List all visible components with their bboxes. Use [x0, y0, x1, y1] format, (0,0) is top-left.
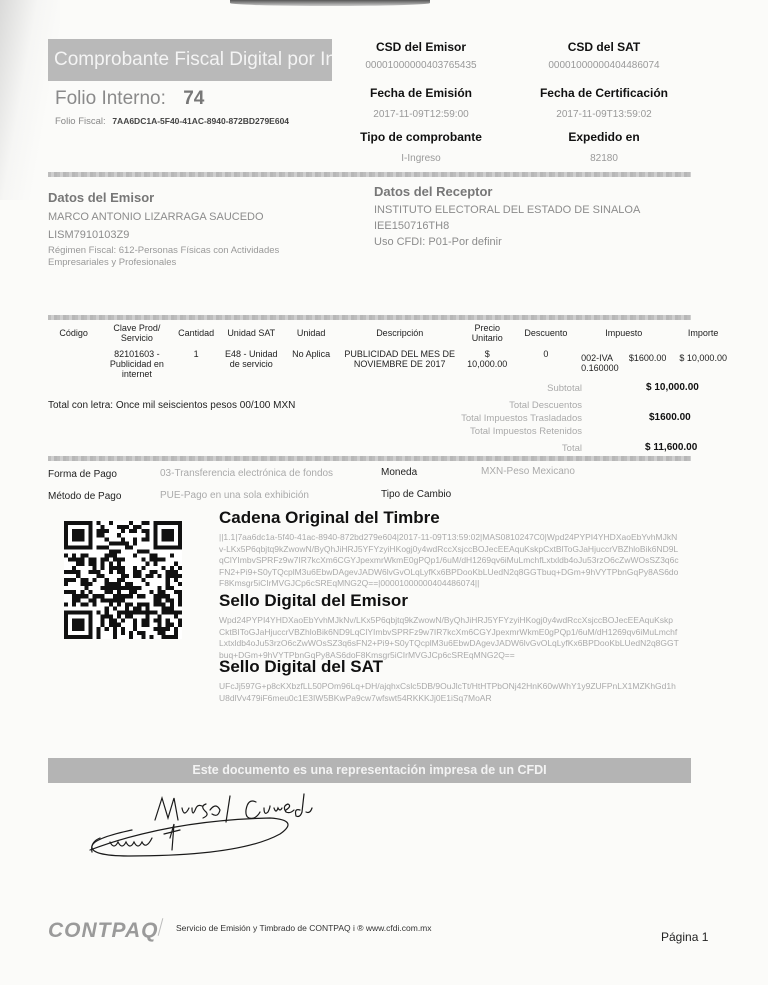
fecha-emision-label: Fecha de Emisión [326, 86, 516, 100]
emisor-rfc: LISM7910103Z9 [48, 227, 348, 243]
total-con-letra: Total con letra: Once mil seiscientos pe… [48, 400, 295, 411]
cell-codigo [46, 343, 101, 379]
cadena-original-title: Cadena Original del Timbre [219, 508, 679, 528]
csd-emisor-value: 00001000000403765435 [326, 60, 516, 71]
logo-accent [158, 918, 164, 936]
cell-precio: $ 10,000.00 [460, 343, 515, 379]
col-cantidad: Cantidad [172, 323, 220, 343]
receptor-title: Datos del Receptor [374, 184, 694, 199]
header-divider [48, 172, 691, 177]
total-letra-value: Once mil seiscientos pesos 00/100 MXN [116, 400, 296, 411]
emisor-section: Datos del Emisor MARCO ANTONIO LIZARRAGA… [48, 190, 348, 269]
csd-emisor-label: CSD del Emisor [326, 40, 516, 54]
folio-interno-value: 74 [183, 88, 204, 109]
handwritten-signature [60, 790, 360, 865]
emisor-name: MARCO ANTONIO LIZARRAGA SAUCEDO [48, 209, 348, 225]
fecha-certificacion-value: 2017-11-09T13:59:02 [509, 109, 699, 120]
fecha-emision: Fecha de Emisión 2017-11-09T12:59:00 [326, 86, 516, 120]
forma-pago-label: Forma de Pago [48, 469, 117, 480]
metodo-pago-value: PUE-Pago en una sola exhibición [160, 490, 309, 501]
table-row: 82101603 - Publicidad en internet 1 E48 … [46, 343, 736, 379]
cell-importe: $ 10,000.00 [670, 343, 736, 379]
cadena-original-value: ||1.1|7aa6dc1a-5f40-41ac-8940-872bd279e6… [219, 532, 679, 590]
cell-unidad: No Aplica [283, 343, 340, 379]
csd-sat-value: 00001000000404486074 [509, 60, 699, 71]
sello-emisor-value: Wpd24PYPI4YHDXaoEbYvhMJkNv/LKx5P6qbjtq9k… [219, 615, 679, 661]
col-importe: Importe [670, 323, 736, 343]
folio-fiscal-label: Folio Fiscal: [55, 116, 106, 127]
total-trasladados-value: $1600.00 [649, 412, 691, 423]
items-header-row: Código Clave Prod/ Servicio Cantidad Uni… [46, 323, 736, 343]
folio-interno-label: Folio Interno: [55, 88, 166, 109]
col-descuento: Descuento [515, 323, 577, 343]
total-descuentos-label: Total Descuentos [422, 400, 582, 411]
forma-pago-value: 03-Transferencia electrónica de fondos [160, 468, 333, 479]
page-number: Página 1 [661, 930, 708, 944]
fecha-certificacion: Fecha de Certificación 2017-11-09T13:59:… [509, 86, 699, 120]
scan-top-shadow [230, 0, 430, 6]
csd-emisor: CSD del Emisor 00001000000403765435 [326, 40, 516, 71]
receptor-name: INSTITUTO ELECTORAL DEL ESTADO DE SINALO… [374, 202, 694, 218]
items-table: Código Clave Prod/ Servicio Cantidad Uni… [46, 323, 736, 379]
emisor-title: Datos del Emisor [48, 190, 348, 205]
items-divider [48, 315, 691, 320]
sello-sat-value: UFcJj597G+p8cKXbzfLL50POm96Lq+DH/ajqhxCs… [219, 681, 679, 704]
fecha-certificacion-label: Fecha de Certificación [509, 86, 699, 100]
cell-descuento: 0 [515, 343, 577, 379]
receptor-uso-cfdi: Uso CFDI: P01-Por definir [374, 234, 694, 250]
col-precio: Precio Unitario [460, 323, 515, 343]
qr-code [64, 521, 182, 639]
cfdi-banner: Este documento es una representación imp… [48, 758, 691, 783]
tipo-comprobante-value: I-Ingreso [326, 153, 516, 164]
col-codigo: Código [46, 323, 101, 343]
total-letra-label: Total con letra: [48, 400, 113, 411]
tipo-comprobante-label: Tipo de comprobante [326, 130, 516, 144]
receptor-section: Datos del Receptor INSTITUTO ELECTORAL D… [374, 184, 694, 250]
sello-emisor-section: Sello Digital del Emisor Wpd24PYPI4YHDXa… [219, 591, 679, 661]
cell-impuesto-tipo: 002-IVA 0.160000 [577, 343, 625, 379]
fecha-emision-value: 2017-11-09T12:59:00 [326, 109, 516, 120]
moneda-value: MXN-Peso Mexicano [481, 466, 575, 477]
total-value: $ 11,600.00 [645, 442, 697, 453]
folio-interno: Folio Interno: 74 [55, 88, 204, 110]
emisor-regimen: Régimen Fiscal: 612-Personas Físicas con… [48, 245, 298, 269]
cell-unidad-sat: E48 - Unidad de servicio [220, 343, 283, 379]
total-trasladados-label: Total Impuestos Trasladados [422, 413, 582, 424]
cadena-original-section: Cadena Original del Timbre ||1.1|7aa6dc1… [219, 508, 679, 590]
total-retenidos-label: Total Impuestos Retenidos [422, 426, 582, 437]
cell-clave: 82101603 - Publicidad en internet [101, 343, 172, 379]
folio-fiscal-value: 7AA6DC1A-5F40-41AC-8940-872BD279E604 [112, 116, 289, 126]
csd-sat-label: CSD del SAT [509, 40, 699, 54]
sello-sat-title: Sello Digital del SAT [219, 657, 679, 677]
tipo-comprobante: Tipo de comprobante I-Ingreso [326, 130, 516, 164]
footer-text: Servicio de Emisión y Timbrado de CONTPA… [176, 923, 432, 933]
col-clave: Clave Prod/ Servicio [101, 323, 172, 343]
col-unidad: Unidad [283, 323, 340, 343]
moneda-label: Moneda [381, 467, 417, 478]
receptor-rfc: IEE150716TH8 [374, 218, 694, 234]
expedido-en-label: Expedido en [509, 130, 699, 144]
col-descripcion: Descripción [340, 323, 460, 343]
csd-sat: CSD del SAT 00001000000404486074 [509, 40, 699, 71]
subtotal-value: $ 10,000.00 [646, 382, 699, 393]
sello-sat-section: Sello Digital del SAT UFcJj597G+p8cKXbzf… [219, 657, 679, 704]
sello-emisor-title: Sello Digital del Emisor [219, 591, 679, 611]
payment-divider [48, 456, 691, 461]
document-title-bar: Comprobante Fiscal Digital por Internet [48, 39, 332, 81]
expedido-en: Expedido en 82180 [509, 130, 699, 164]
cell-descripcion: PUBLICIDAD DEL MES DE NOVIEMBRE DE 2017 [340, 343, 460, 379]
col-unidad-sat: Unidad SAT [220, 323, 283, 343]
contpaq-logo: CONTPAQ [48, 919, 158, 943]
expedido-en-value: 82180 [509, 153, 699, 164]
col-impuesto: Impuesto [577, 323, 670, 343]
cell-impuesto-monto: $1600.00 [625, 343, 671, 379]
metodo-pago-label: Método de Pago [48, 491, 121, 502]
tipo-cambio-label: Tipo de Cambio [381, 489, 451, 500]
folio-fiscal: Folio Fiscal: 7AA6DC1A-5F40-41AC-8940-87… [55, 116, 289, 127]
cell-cantidad: 1 [172, 343, 220, 379]
scan-page-fold-shadow [0, 0, 60, 200]
total-label: Total [422, 443, 582, 454]
subtotal-label: Subtotal [422, 383, 582, 394]
